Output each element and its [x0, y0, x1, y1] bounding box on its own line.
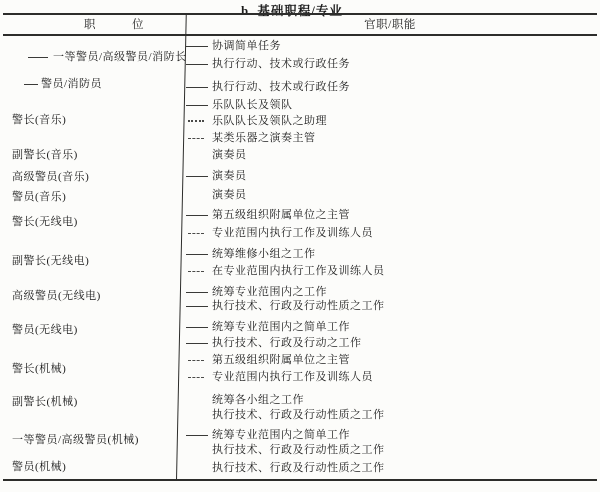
table-bottom-rule [3, 479, 597, 481]
position-row: 警员(音乐) [12, 189, 66, 205]
leader-dash [186, 254, 208, 255]
function-row: 执行技术、行政及行动性质之工作 [212, 407, 385, 423]
function-row: 演奏员 [186, 168, 247, 184]
function-row-label: 统筹维修小组之工作 [212, 246, 316, 262]
position-row-label: 警员(机械) [12, 459, 66, 475]
leader-dash [188, 377, 204, 378]
position-row-label: 高级警员(无线电) [12, 288, 101, 304]
function-row: 专业范围内执行工作及训练人员 [188, 369, 373, 385]
function-row-label: 乐队队长及领队 [212, 97, 293, 113]
function-row: 执行技术、行政及行动之工作 [186, 335, 362, 351]
leader-dash [186, 105, 208, 106]
leader-dash [186, 46, 208, 47]
position-row: 副警长(音乐) [12, 147, 78, 163]
function-row: 统筹专业范围内之简单工作 [186, 319, 350, 335]
function-row-label: 执行技术、行政及行动性质之工作 [212, 298, 385, 314]
function-row: 乐队队长及领队之助理 [188, 113, 327, 129]
position-row: 副警长(无线电) [12, 253, 89, 269]
function-row: 第五级组织附属单位之主管 [186, 207, 350, 223]
leader-dash [188, 120, 204, 122]
position-row-label: 副警长(音乐) [12, 147, 78, 163]
function-row: 统筹维修小组之工作 [186, 246, 316, 262]
function-row-label: 第五级组织附属单位之主管 [212, 352, 350, 368]
function-row: 执行技术、行政及行动性质之工作 [212, 460, 385, 476]
position-row-label: 副警长(无线电) [12, 253, 89, 269]
leader-dash [186, 64, 208, 65]
position-row: 警员/消防员 [24, 76, 102, 92]
column-header-function: 官职/职能 [364, 16, 416, 32]
function-row: 执行技术、行政及行动性质之工作 [212, 442, 385, 458]
document-title: b. 基础职程/专业 [241, 1, 343, 19]
leader-dash [188, 271, 204, 272]
function-row: 执行技术、行政及行动性质之工作 [186, 298, 385, 314]
function-row-label: 统筹专业范围内之简单工作 [212, 427, 350, 443]
leader-dash [186, 292, 208, 293]
position-row-label: 警长(无线电) [12, 214, 78, 230]
function-row: 演奏员 [212, 187, 247, 203]
function-row: 专业范围内执行工作及训练人员 [188, 225, 373, 241]
leader-dash [186, 176, 208, 177]
leader-dash [188, 360, 204, 361]
position-row: 警长(音乐) [12, 112, 66, 128]
leader-dash [28, 57, 48, 58]
function-row: 在专业范围内执行工作及训练人员 [188, 263, 385, 279]
function-row-label: 执行技术、行政及行动性质之工作 [212, 442, 385, 458]
position-row: 高级警员(无线电) [12, 288, 101, 304]
function-row: 执行行动、技术或行政任务 [186, 79, 350, 95]
function-row-label: 在专业范围内执行工作及训练人员 [212, 263, 385, 279]
column-header-position: 职 位 [84, 16, 144, 32]
function-row-label: 执行技术、行政及行动之工作 [212, 335, 362, 351]
position-row-label: 一等警员/高级警员/消防长 [53, 49, 187, 65]
function-row-label: 演奏员 [212, 147, 247, 163]
position-row-label: 警长(音乐) [12, 112, 66, 128]
position-row: 高级警员(音乐) [12, 169, 89, 185]
function-row: 统筹各小组之工作 [212, 392, 304, 408]
function-row-label: 统筹各小组之工作 [212, 392, 304, 408]
position-row-label: 警员/消防员 [41, 76, 102, 92]
function-row-label: 乐队队长及领队之助理 [212, 113, 327, 129]
function-row-label: 演奏员 [212, 187, 247, 203]
position-row-label: 警长(机械) [12, 361, 66, 377]
position-row-label: 一等警员/高级警员(机械) [12, 432, 139, 448]
function-row-label: 执行技术、行政及行动性质之工作 [212, 460, 385, 476]
function-row-label: 执行行动、技术或行政任务 [212, 79, 350, 95]
function-row: 协调简单任务 [186, 38, 281, 54]
position-row: 警员(无线电) [12, 322, 78, 338]
position-row: 警员(机械) [12, 459, 66, 475]
function-row: 第五级组织附属单位之主管 [188, 352, 350, 368]
position-row: 一等警员/高级警员/消防长 [28, 49, 187, 65]
table-top-rule [3, 13, 597, 15]
position-row-label: 警员(无线电) [12, 322, 78, 338]
function-row-label: 演奏员 [212, 168, 247, 184]
position-row-label: 副警长(机械) [12, 394, 78, 410]
function-row-label: 专业范围内执行工作及训练人员 [212, 225, 373, 241]
table-header-rule [3, 34, 597, 36]
function-row: 某类乐器之演奏主管 [188, 130, 316, 146]
scanned-document-page: b. 基础职程/专业 职 位 官职/职能 一等警员/高级警员/消防长警员/消防员… [0, 0, 600, 492]
leader-dash [188, 233, 204, 234]
function-row-label: 统筹专业范围内之简单工作 [212, 319, 350, 335]
leader-dash [186, 87, 208, 88]
function-row: 执行行动、技术或行政任务 [186, 56, 350, 72]
function-row: 演奏员 [212, 147, 247, 163]
position-row-label: 警员(音乐) [12, 189, 66, 205]
function-row-label: 协调简单任务 [212, 38, 281, 54]
leader-dash [186, 343, 208, 344]
function-row-label: 第五级组织附属单位之主管 [212, 207, 350, 223]
function-row-label: 专业范围内执行工作及训练人员 [212, 369, 373, 385]
position-row: 警长(机械) [12, 361, 66, 377]
position-row: 一等警员/高级警员(机械) [12, 432, 139, 448]
function-row-label: 某类乐器之演奏主管 [212, 130, 316, 146]
function-row: 统筹专业范围内之简单工作 [186, 427, 350, 443]
position-row: 副警长(机械) [12, 394, 78, 410]
function-row-label: 执行行动、技术或行政任务 [212, 56, 350, 72]
leader-dash [186, 327, 208, 328]
function-row-label: 执行技术、行政及行动性质之工作 [212, 407, 385, 423]
leader-dash [186, 435, 208, 436]
function-row: 乐队队长及领队 [186, 97, 293, 113]
leader-dash [24, 84, 38, 85]
position-row: 警长(无线电) [12, 214, 78, 230]
leader-dash [188, 138, 204, 139]
leader-dash [186, 306, 208, 307]
leader-dash [186, 215, 208, 216]
position-row-label: 高级警员(音乐) [12, 169, 89, 185]
